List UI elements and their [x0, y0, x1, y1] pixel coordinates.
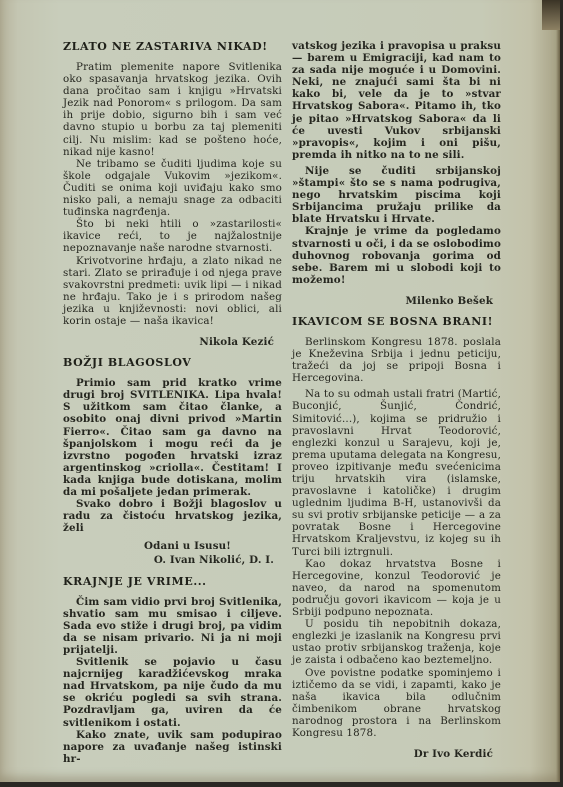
paragraph: vatskog jezika i pravopisa u praksu — ba… [292, 40, 501, 161]
paragraph: Primio sam prid kratko vrime drugi broj … [63, 377, 282, 498]
closing-line: Odani u Isusu! [93, 540, 282, 552]
paragraph: Svitlenik se pojavio u času najcrnijeg k… [63, 656, 282, 729]
paragraph: Berlinskom Kongresu 1878. poslala je Kne… [292, 336, 501, 384]
signature-ivo-kerdic: Dr Ivo Kerdić [292, 748, 493, 760]
paragraph: Pratim plemenite napore Svitlenika oko s… [63, 61, 282, 158]
article-title-krajnje: KRAJNJE JE VRIME... [63, 575, 282, 588]
paragraph: Kao dokaz hrvatstva Bosne i Hercegovine,… [292, 558, 501, 618]
paragraph: Na to su odmah ustali fratri (Martić, Bu… [292, 388, 501, 557]
paragraph: Što bi neki htili o »zastarilosti« ikavi… [63, 218, 282, 254]
paragraph: Ove povistne podatke spominjemo i iztiče… [292, 667, 501, 740]
article-title-zlato: ZLATO NE ZASTARIVA NIKAD! [63, 40, 282, 53]
signature-ivan-nikolic: O. Ivan Nikolić, D. I. [63, 554, 274, 566]
paragraph: Svako dobro i Božji blagoslov u radu za … [63, 498, 282, 534]
article-title-ikavicom: IKAVICOM SE BOSNA BRANI! [292, 315, 501, 328]
paragraph: Krajnje je vrime da pogledamo stvarnosti… [292, 225, 501, 285]
paragraph: Čim sam vidio prvi broj Svitlenika, shva… [63, 596, 282, 656]
paragraph: Kako znate, uvik sam podupirao napore za… [63, 729, 282, 765]
right-column: vatskog jezika i pravopisa u praksu — ba… [292, 40, 501, 768]
paragraph: U posidu tih nepobitnih dokaza, englezki… [292, 618, 501, 666]
paragraph: Krivotvorine hrđaju, a zlato nikad ne st… [63, 255, 282, 328]
paragraph: Nije se čuditi srbijanskoj »štampi« što … [292, 165, 501, 225]
magazine-page: ZLATO NE ZASTARIVA NIKAD! Pratim plemeni… [0, 0, 560, 782]
article-title-bozji-blagoslov: BOŽJI BLAGOSLOV [63, 356, 282, 369]
paragraph: Ne tribamo se čuditi ljudima koje su ško… [63, 158, 282, 218]
signature-nikola-kezic: Nikola Kezić [63, 336, 274, 348]
signature-milenko-besek: Milenko Bešek [292, 295, 493, 307]
left-column: ZLATO NE ZASTARIVA NIKAD! Pratim plemeni… [63, 40, 282, 765]
